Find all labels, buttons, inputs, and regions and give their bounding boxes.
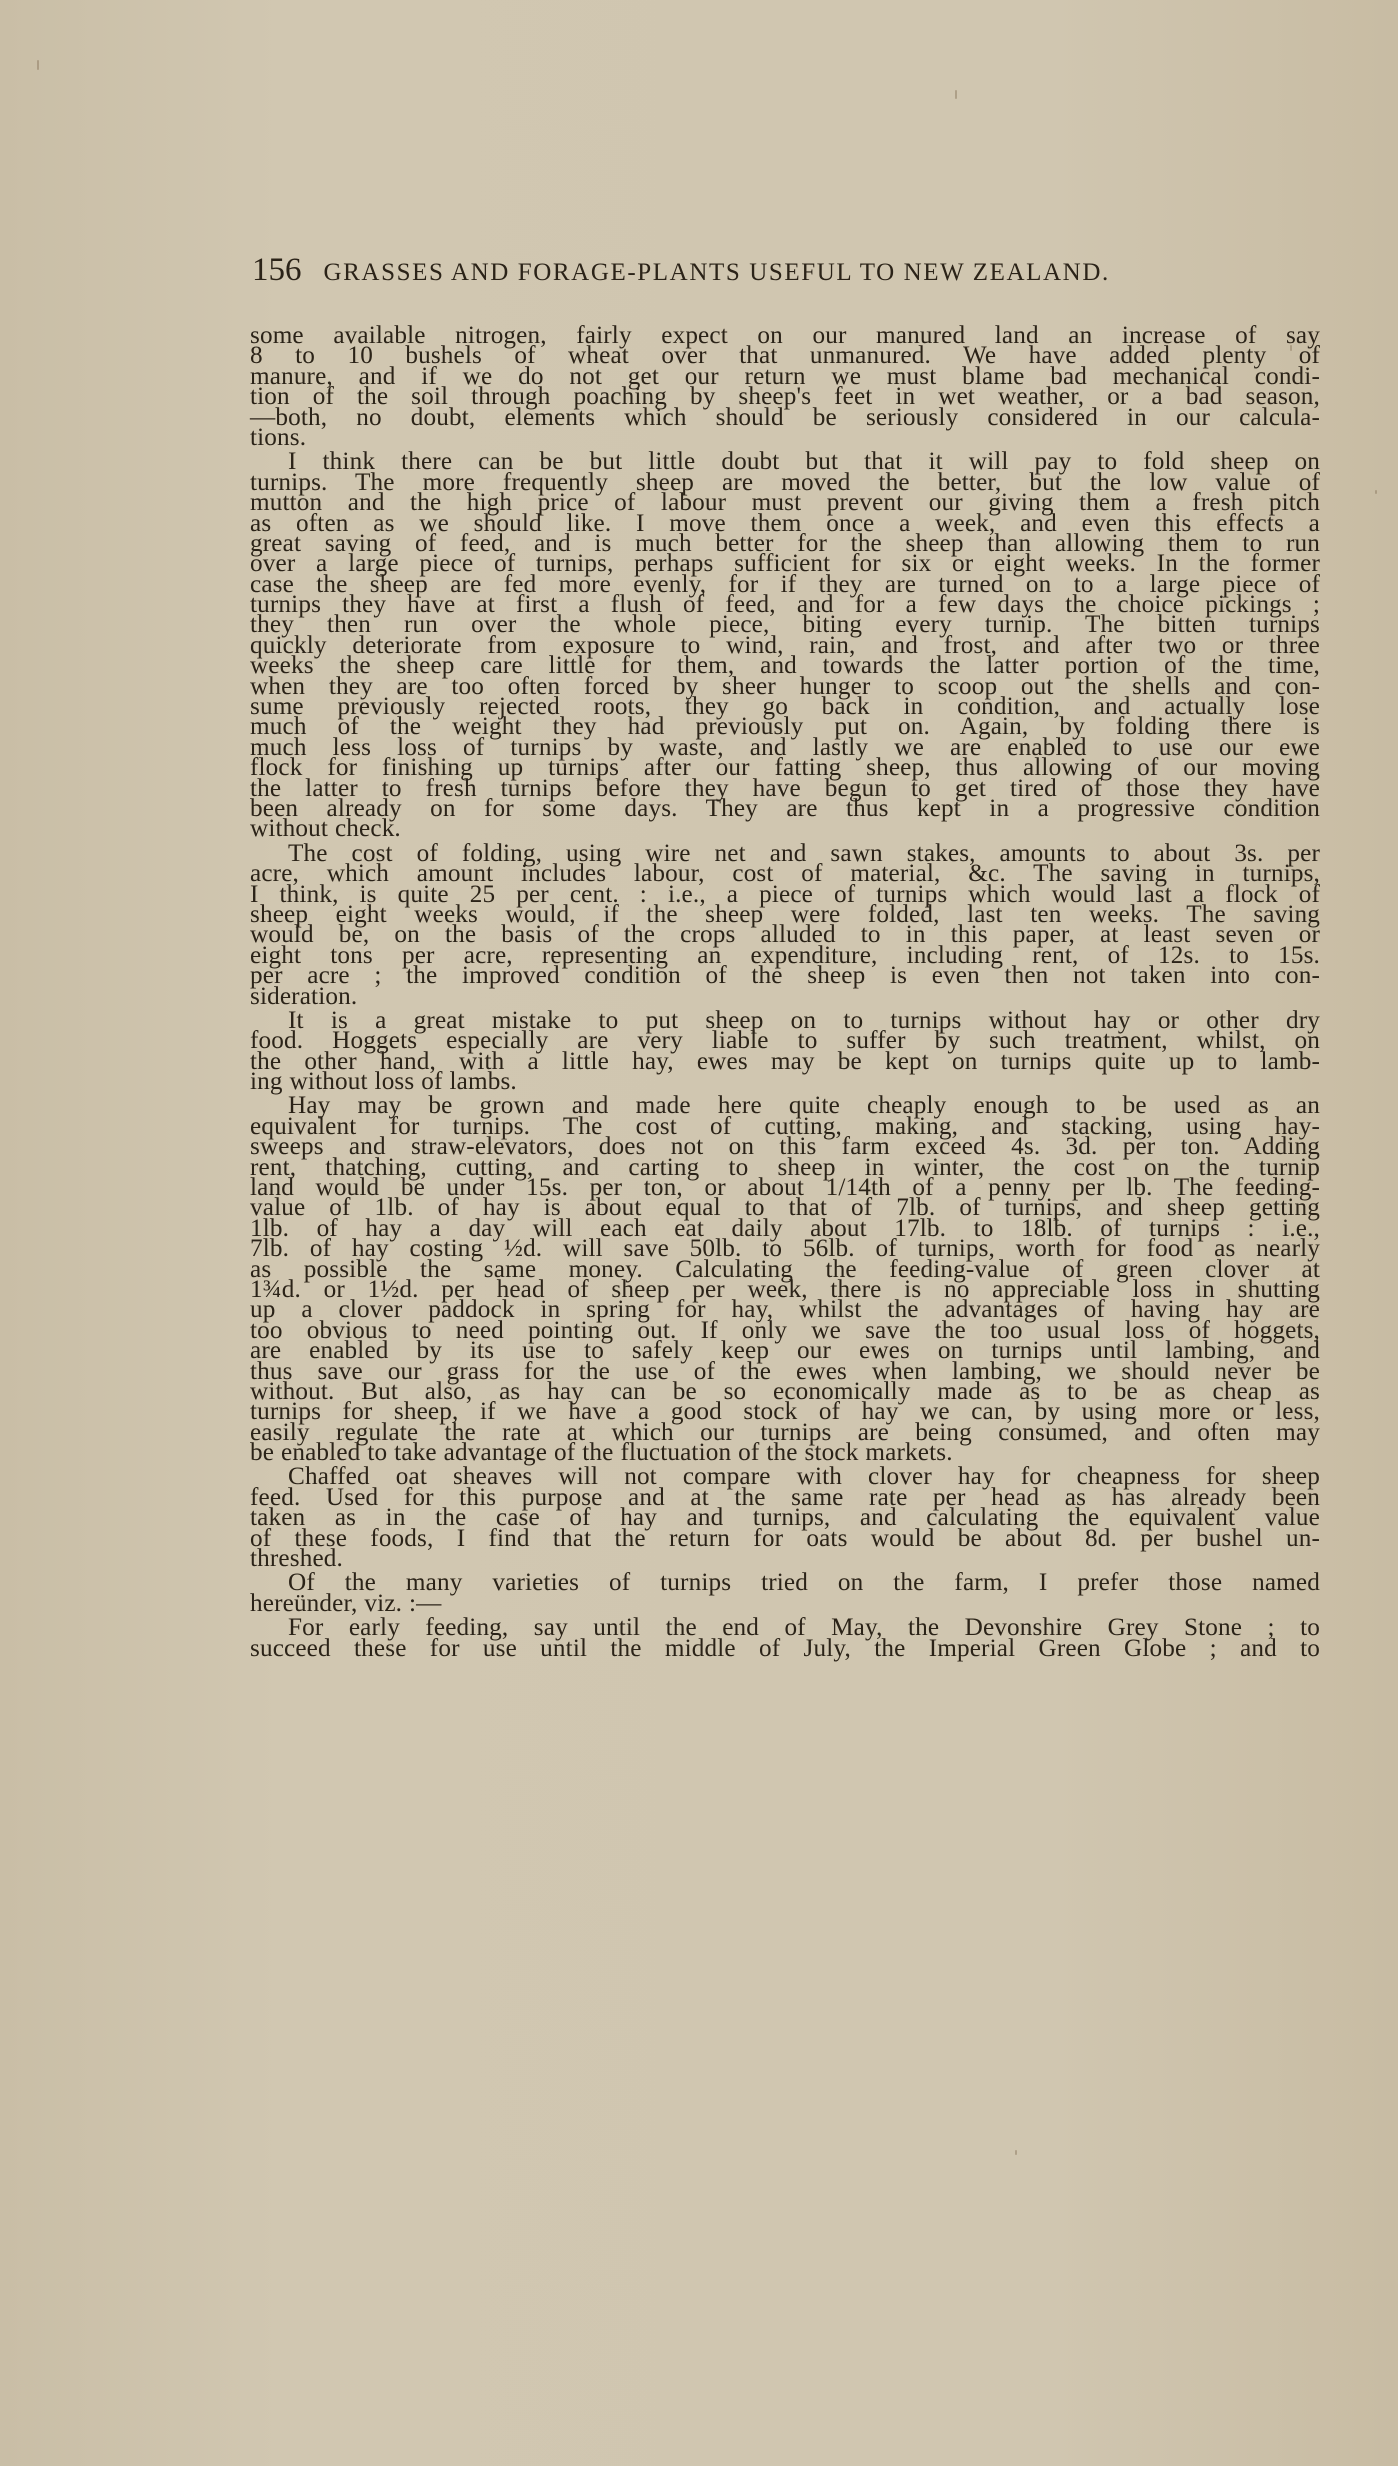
paper-speck xyxy=(955,90,957,99)
text-line: threshed. xyxy=(250,1549,1320,1569)
book-page: 156 GRASSES AND FORAGE-PLANTS USEFUL TO … xyxy=(250,252,1320,1663)
text-line: tions. xyxy=(250,428,1320,448)
paragraph: I think there can be but little doubt bu… xyxy=(250,452,1320,839)
text-line: hereünder, viz. :— xyxy=(250,1594,1320,1614)
text-line: sideration. xyxy=(250,987,1320,1007)
text-line: per acre ; the improved condition of the… xyxy=(250,966,1320,986)
paper-speck xyxy=(1290,345,1292,351)
paragraph: The cost of folding, using wire net and … xyxy=(250,844,1320,1007)
paper-speck xyxy=(37,60,39,70)
paragraph: Of the many varieties of turnips tried o… xyxy=(250,1573,1320,1614)
text-line: —both, no doubt, elements which should b… xyxy=(250,408,1320,428)
text-line: of these foods, I find that the return f… xyxy=(250,1529,1320,1549)
paragraph: For early feeding, say until the end of … xyxy=(250,1618,1320,1659)
text-line: ing without loss of lambs. xyxy=(250,1072,1320,1092)
running-title: GRASSES AND FORAGE-PLANTS USEFUL TO NEW … xyxy=(324,259,1110,287)
body-text: some available nitrogen, fairly expect o… xyxy=(250,326,1320,1659)
paper-speck xyxy=(1015,2150,1017,2155)
running-head: 156 GRASSES AND FORAGE-PLANTS USEFUL TO … xyxy=(250,252,1320,292)
paragraph: Chaffed oat sheaves will not compare wit… xyxy=(250,1467,1320,1569)
text-line: without check. xyxy=(250,819,1320,839)
paragraph: Hay may be grown and made here quite che… xyxy=(250,1096,1320,1463)
text-line: succeed these for use until the middle o… xyxy=(250,1639,1320,1659)
page-number: 156 xyxy=(252,252,302,289)
text-line: be enabled to take advantage of the fluc… xyxy=(250,1443,1320,1463)
text-line: been already on for some days. They are … xyxy=(250,799,1320,819)
paragraph: It is a great mistake to put sheep on to… xyxy=(250,1011,1320,1093)
paper-speck xyxy=(1375,490,1377,494)
paragraph: some available nitrogen, fairly expect o… xyxy=(250,326,1320,448)
